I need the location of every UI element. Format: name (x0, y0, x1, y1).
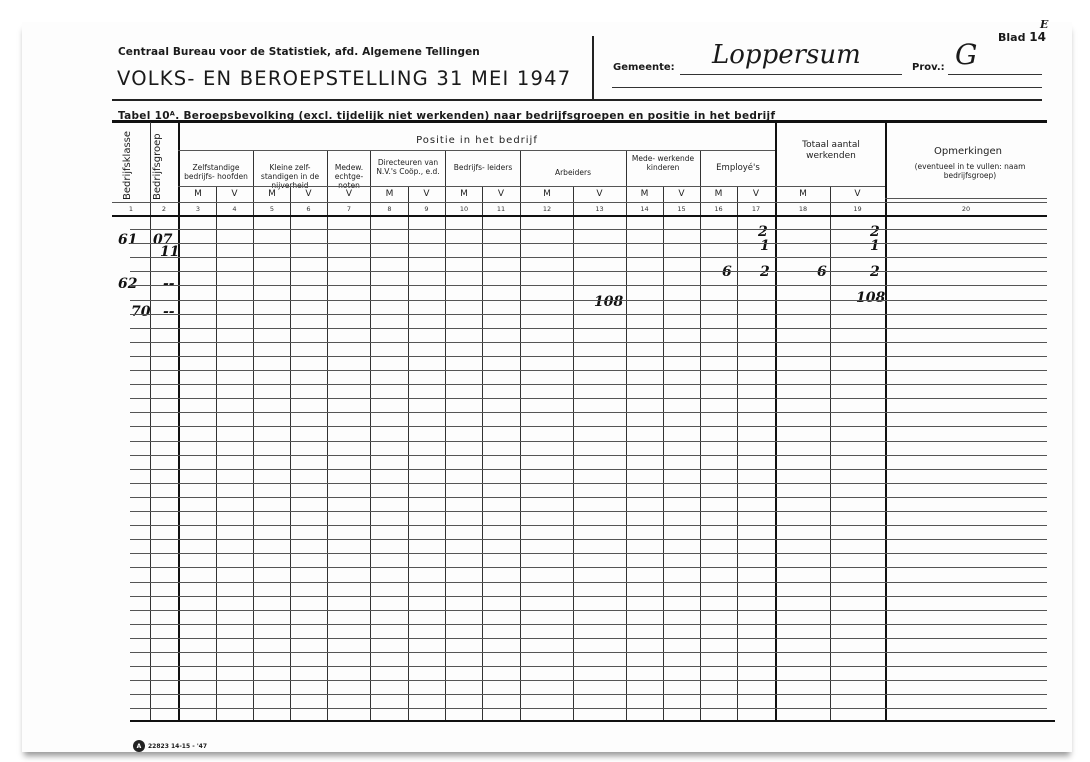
table-column-divider (370, 150, 371, 720)
table-row-line (130, 314, 1047, 315)
table-row-line (130, 680, 1047, 681)
table-row-line (130, 441, 1047, 442)
header-positie: Positie in het bedrijf (180, 135, 774, 146)
printer-logo-icon: A (133, 740, 145, 752)
header-employes: Employé's (702, 164, 774, 173)
subheader-v: V (663, 189, 700, 199)
row2-totaal-v[interactable]: 1 (870, 238, 880, 254)
table-column-divider (445, 150, 446, 720)
table-column-divider (700, 150, 701, 720)
subheader-m: M (521, 189, 573, 199)
table-row-line (130, 229, 1047, 230)
header-underline (612, 87, 1042, 88)
column-number: 7 (328, 205, 370, 213)
table-column-divider (573, 186, 574, 720)
column-number: 5 (254, 205, 290, 213)
column-number: 3 (180, 205, 216, 213)
table-row-line (130, 567, 1047, 568)
row3-totaal-m[interactable]: 6 (817, 264, 827, 280)
table-row-line (130, 243, 1047, 244)
mv-bottom-divider (112, 202, 1047, 203)
table-column-divider (253, 150, 254, 720)
table-row-line (130, 652, 1047, 653)
table-row-line (130, 342, 1047, 343)
table-row-line (130, 412, 1047, 413)
column-number: 16 (700, 205, 737, 213)
form-title: VOLKS- EN BEROEPSTELLING 31 MEI 1947 (117, 67, 571, 90)
table-row-line (130, 596, 1047, 597)
subheader-m: M (371, 189, 408, 199)
municipality-line (680, 74, 902, 75)
table-row-line (130, 539, 1047, 540)
column-number: 17 (737, 205, 775, 213)
row2-employes-v[interactable]: 1 (760, 238, 770, 254)
header-medewerkende-kinderen: Mede- werkende kinderen (626, 154, 700, 172)
subheader-v: V (328, 189, 370, 199)
table-row-line (130, 582, 1047, 583)
header-opmerkingen: Opmerkingen (888, 147, 1048, 156)
municipality-field[interactable]: Loppersum (712, 40, 861, 70)
table-row-line (130, 271, 1047, 272)
subheader-m: M (254, 189, 290, 199)
table-row-line (130, 370, 1047, 371)
subheader-v: V (573, 189, 626, 199)
table-top-border (112, 120, 1047, 123)
subheader-v: V (737, 189, 775, 199)
table-column-divider (290, 186, 291, 720)
table-row-line (130, 497, 1047, 498)
row4-totaal-v[interactable]: 108 (856, 290, 885, 306)
table-row-line (130, 483, 1047, 484)
table-column-divider (737, 186, 738, 720)
table-column-divider (482, 186, 483, 720)
table-row-line (130, 257, 1047, 258)
column-number: 12 (521, 205, 573, 213)
column-number: 6 (290, 205, 327, 213)
table-row-line (130, 398, 1047, 399)
header-bedrijfsklasse: Bedrijfsklasse (122, 131, 133, 200)
row3-employes-m[interactable]: 6 (722, 264, 732, 280)
table-row-line (130, 624, 1047, 625)
table-row-line (130, 610, 1047, 611)
column-number: 19 (830, 205, 885, 213)
subheader-m: M (700, 189, 737, 199)
header-arbeiders: Arbeiders (521, 168, 625, 177)
table-column-divider (663, 186, 664, 720)
header-rule (112, 99, 1042, 101)
subheader-m: M (446, 189, 482, 199)
column-number: 9 (408, 205, 445, 213)
header-bedrijfsleiders: Bedrijfs- leiders (446, 163, 520, 172)
column-number: 2 (150, 205, 178, 213)
subheader-m: M (180, 189, 216, 199)
row3-totaal-v[interactable]: 2 (870, 264, 880, 280)
positie-divider (178, 150, 775, 151)
province-label: Prov.: (912, 62, 945, 73)
column-number: 13 (573, 205, 626, 213)
row1-bedrijfsklasse[interactable]: 61 (118, 232, 137, 248)
table-row-line (130, 638, 1047, 639)
table-row-line (130, 285, 1047, 286)
row4-bedrijfsklasse[interactable]: 70 (131, 304, 150, 320)
table-row-line (130, 328, 1047, 329)
table-column-divider (520, 150, 521, 720)
mv-top-divider-totaal (775, 186, 885, 187)
subheader-m: M (626, 189, 663, 199)
table-bottom-border (130, 720, 1055, 722)
table-row-line (130, 708, 1047, 709)
row3-employes-v[interactable]: 2 (760, 264, 770, 280)
subheader-v: V (216, 189, 253, 199)
table-column-divider (216, 186, 217, 720)
header-totaal: Totaal aantal werkenden (778, 140, 884, 162)
column-number: 1 (112, 205, 150, 213)
subheader-v: V (408, 189, 445, 199)
table-row-line (130, 553, 1047, 554)
column-number: 14 (626, 205, 663, 213)
column-number: 8 (371, 205, 408, 213)
subheader-m: M (776, 189, 830, 199)
row3-bedrijfsgroep[interactable]: -- (163, 276, 175, 292)
header-bedrijfsgroep: Bedrijfsgroep (152, 133, 163, 200)
header-zelfstandige: Zelfstandige bedrijfs- hoofden (180, 163, 252, 181)
table-row-line (130, 384, 1047, 385)
header-bottom-border (112, 215, 1047, 217)
table-column-divider (327, 150, 328, 720)
column-number: 4 (216, 205, 253, 213)
table-row-line (130, 455, 1047, 456)
opm-divider (885, 198, 1047, 199)
organization-name: Centraal Bureau voor de Statistiek, afd.… (118, 46, 480, 58)
table-row-line (130, 666, 1047, 667)
sheet-number-value: 14 (1029, 30, 1046, 44)
row4-bedrijfsgroep[interactable]: -- (163, 304, 175, 320)
header-directeuren: Directeuren van N.V.'s Coöp., e.d. (371, 158, 445, 176)
column-number: 11 (482, 205, 520, 213)
municipality-label: Gemeente: (613, 62, 675, 73)
subheader-v: V (482, 189, 520, 199)
mv-top-divider (178, 186, 775, 187)
column-number: 18 (776, 205, 830, 213)
table-column-divider (408, 186, 409, 720)
table-column-divider (626, 150, 627, 720)
table-row-line (130, 469, 1047, 470)
table-column-divider (830, 186, 831, 720)
table-row-line (130, 694, 1047, 695)
table-row-line (130, 426, 1047, 427)
header-divider (592, 36, 594, 99)
row3-bedrijfsklasse[interactable]: 62 (118, 276, 137, 292)
subheader-v: V (830, 189, 885, 199)
column-number: 10 (446, 205, 482, 213)
table-row-line (130, 356, 1047, 357)
header-opmerkingen-sub: (eventueel in te vullen: naam bedrijfsgr… (900, 162, 1040, 180)
table-row-line (130, 525, 1047, 526)
sheet-label: Blad (998, 31, 1025, 44)
print-code: 22823 14-15 - '47 (148, 743, 207, 750)
footer-print-code: A 22823 14-15 - '47 (133, 740, 207, 752)
table-row-line (130, 300, 1047, 301)
sheet-number: Blad 14 (998, 30, 1046, 44)
province-field[interactable]: G (955, 38, 977, 71)
row4-arbeiders-v[interactable]: 108 (594, 294, 623, 310)
subheader-v: V (290, 189, 327, 199)
province-line (948, 74, 1042, 75)
column-number: 20 (885, 205, 1047, 213)
column-number: 15 (663, 205, 700, 213)
table-row-line (130, 511, 1047, 512)
